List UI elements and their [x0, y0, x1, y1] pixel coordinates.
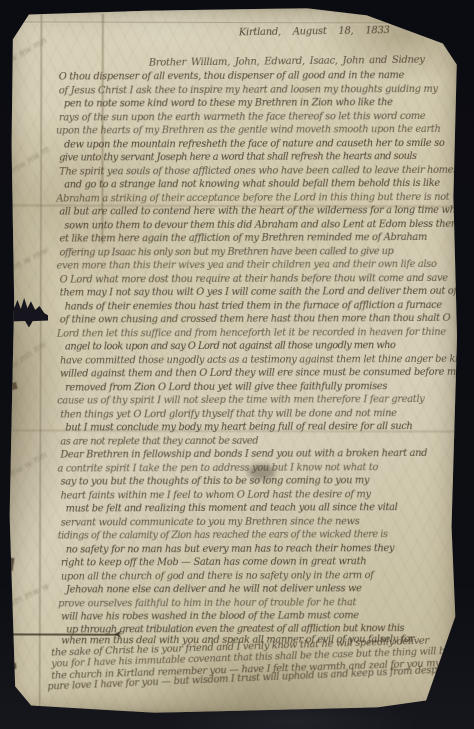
edge-ink-mark	[4, 663, 17, 670]
margin-scribble: nm w mw	[6, 246, 50, 275]
edge-ink-mark	[3, 557, 15, 571]
salutation-line: Brother William, John, Edward, Isaac, Jo…	[149, 55, 425, 69]
margin-scribble: mw nw m	[9, 145, 52, 177]
letter-paper: mw nw m nm w mw w mn nw mw w nm nm mw w …	[5, 5, 459, 714]
place-date-line: Kirtland, August 18, 1833	[239, 25, 390, 38]
edge-ink-mark	[3, 382, 17, 392]
photo-background: mw nw m nm w mw w mn nw mw w nm nm mw w …	[0, 0, 474, 729]
ink-blot	[0, 295, 48, 327]
fold-crease-horizontal-top	[7, 21, 459, 24]
letter-body: O thou dispenser of all events, thou dis…	[59, 69, 458, 694]
fold-crease-vertical-left	[38, 5, 43, 713]
margin-scribble: mw w nm	[6, 450, 49, 481]
margin-scribble: w nw mn	[8, 36, 49, 65]
margin-scribble: w mn nw	[9, 340, 49, 372]
margin-scribble: nm mw w	[7, 581, 51, 609]
